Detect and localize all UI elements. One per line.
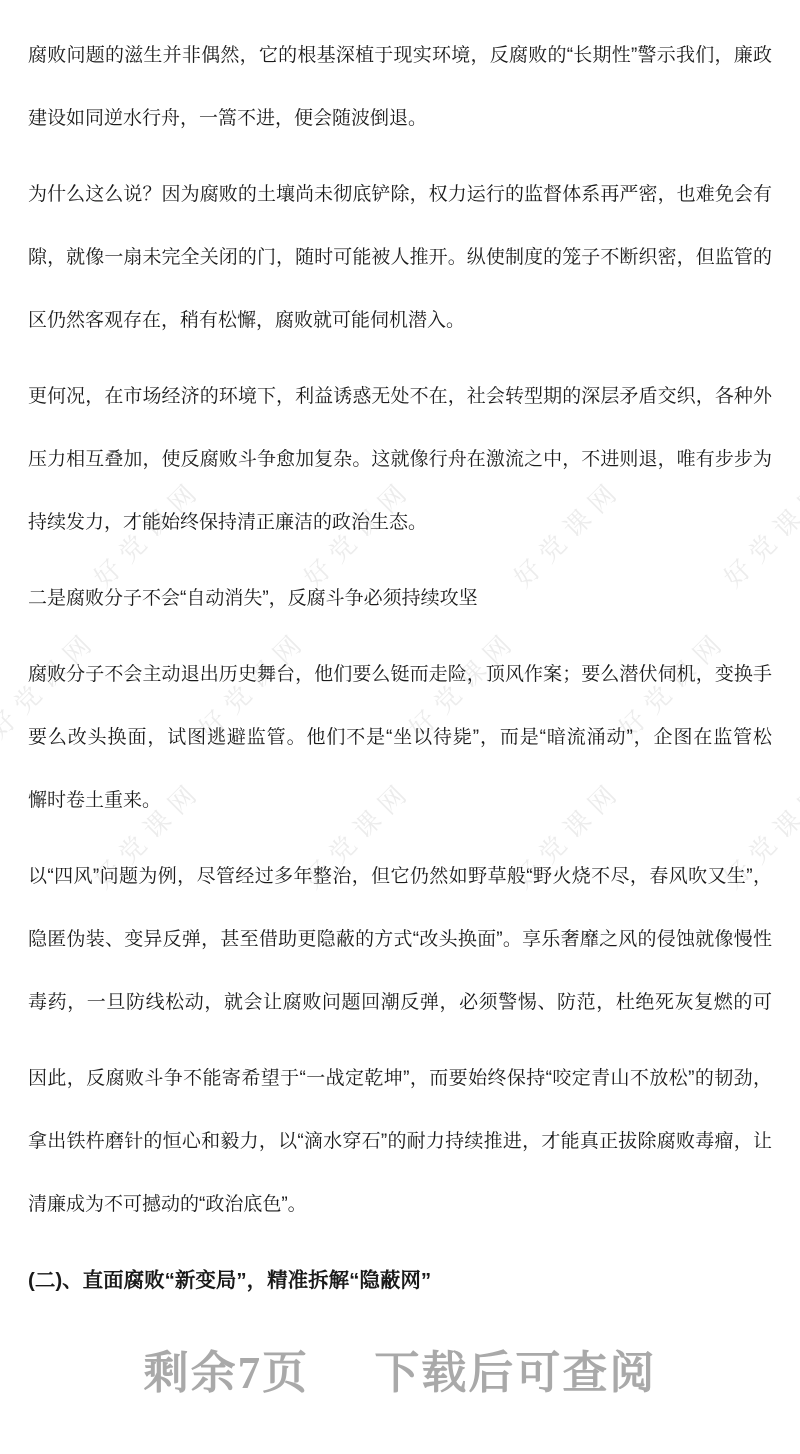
text-line: (二)、直面腐败“新变局”，精准拆解“隐蔽网” [28, 1249, 772, 1312]
text-line: 拿出铁杵磨针的恒心和毅力，以“滴水穿石”的耐力持续推进，才能真正拔除腐败毒瘤，让 [28, 1110, 772, 1173]
text-line: 要么改头换面，试图逃避监管。他们不是“坐以待毙”，而是“暗流涌动”，企图在监管松 [28, 706, 772, 769]
download-hint-label: 下载后可查阅 [374, 1336, 656, 1401]
text-line: 毒药，一旦防线松动，就会让腐败问题回潮反弹，必须警惕、防范，杜绝死灰复燃的可能。 [28, 971, 772, 1034]
subheading: 二是腐败分子不会“自动消失”，反腐斗争必须持续攻坚 [28, 567, 772, 630]
paragraph: 因此，反腐败斗争不能寄希望于“一战定乾坤”，而要始终保持“咬定青山不放松”的韧劲… [28, 1047, 772, 1236]
heading-bold: (二)、直面腐败“新变局”，精准拆解“隐蔽网” [28, 1249, 772, 1312]
preview-footer: 剩余7页 下载后可查阅 [0, 1336, 800, 1401]
paragraph: 腐败分子不会主动退出历史舞台，他们要么铤而走险，顶风作案；要么潜伏伺机，变换手法… [28, 643, 772, 832]
document-preview-page: 好党课网好党课网好党课网好党课网好党课网好党课网好党课网好党课网好党课网好党课网… [0, 0, 800, 1454]
text-line: 持续发力，才能始终保持清正廉洁的政治生态。 [28, 491, 772, 554]
paragraph: 以“四风”问题为例，尽管经过多年整治，但它仍然如野草般“野火烧不尽，春风吹又生”… [28, 845, 772, 1034]
text-line: 因此，反腐败斗争不能寄希望于“一战定乾坤”，而要始终保持“咬定青山不放松”的韧劲… [28, 1047, 772, 1110]
text-line: 压力相互叠加，使反腐败斗争愈加复杂。这就像行舟在激流之中，不进则退，唯有步步为营… [28, 428, 772, 491]
text-line: 隙，就像一扇未完全关闭的门，随时可能被人推开。纵使制度的笼子不断织密，但监管的盲 [28, 226, 772, 289]
text-line: 以“四风”问题为例，尽管经过多年整治，但它仍然如野草般“野火烧不尽，春风吹又生”… [28, 845, 772, 908]
text-line: 二是腐败分子不会“自动消失”，反腐斗争必须持续攻坚 [28, 567, 772, 630]
text-line: 更何况，在市场经济的环境下，利益诱惑无处不在，社会转型期的深层矛盾交织，各种外部 [28, 365, 772, 428]
paragraph: 腐败问题的滋生并非偶然，它的根基深植于现实环境，反腐败的“长期性”警示我们，廉政… [28, 24, 772, 150]
text-line: 腐败问题的滋生并非偶然，它的根基深植于现实环境，反腐败的“长期性”警示我们，廉政 [28, 24, 772, 87]
text-line: 懈时卷土重来。 [28, 769, 772, 832]
text-line: 建设如同逆水行舟，一篙不进，便会随波倒退。 [28, 87, 772, 150]
text-line: 为什么这么说？因为腐败的土壤尚未彻底铲除，权力运行的监督体系再严密，也难免会有缝 [28, 163, 772, 226]
document-content: 腐败问题的滋生并非偶然，它的根基深植于现实环境，反腐败的“长期性”警示我们，廉政… [28, 24, 772, 1325]
paragraph: 为什么这么说？因为腐败的土壤尚未彻底铲除，权力运行的监督体系再严密，也难免会有缝… [28, 163, 772, 352]
text-line: 腐败分子不会主动退出历史舞台，他们要么铤而走险，顶风作案；要么潜伏伺机，变换手法… [28, 643, 772, 706]
text-line: 隐匿伪装、变异反弹，甚至借助更隐蔽的方式“改头换面”。享乐奢靡之风的侵蚀就像慢性 [28, 908, 772, 971]
paragraph: 更何况，在市场经济的环境下，利益诱惑无处不在，社会转型期的深层矛盾交织，各种外部… [28, 365, 772, 554]
text-line: 区仍然客观存在，稍有松懈，腐败就可能伺机潜入。 [28, 289, 772, 352]
text-line: 清廉成为不可撼动的“政治底色”。 [28, 1173, 772, 1236]
remaining-pages-label: 剩余7页 [144, 1336, 310, 1401]
